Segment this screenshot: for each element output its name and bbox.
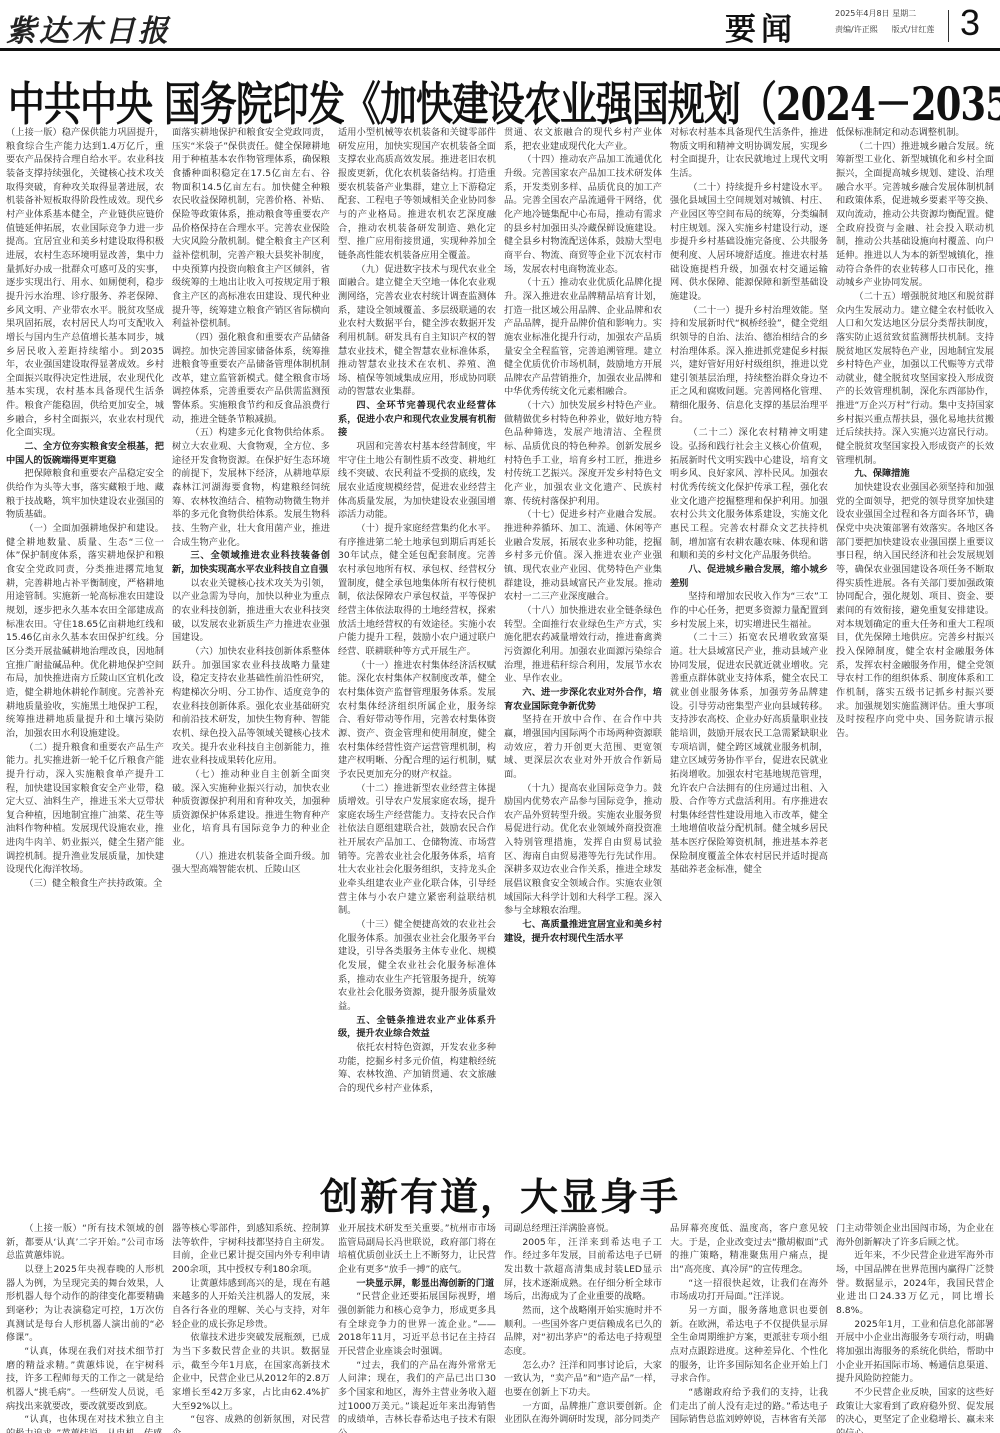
paragraph: 2005年，汪洋来到希达电子工作。经过多年发展，目前希达电子已研发出数十款超高清… <box>504 1236 662 1304</box>
paragraph: 巩固和完善农村基本经营制度，牢牢守住土地公有制性质不改变、耕地红线不突破、农民利… <box>338 440 496 522</box>
paragraph: （二十三）拓宽农民增收致富渠道。壮大县域富民产业，推动县域产业协同发展，促进农民… <box>670 631 828 877</box>
page-number: 3 <box>960 2 980 44</box>
section-heading: 二、全方位夯实粮食安全根基，把中国人的饭碗端得更牢更稳 <box>6 440 164 467</box>
newspaper-logo: 紫达木日报 <box>6 6 171 50</box>
article-2-body: （上接一版）“所有技术领域的创新，都要从‘认真’二字开始。”公司市场总监黄蕙炜说… <box>2 1222 998 1433</box>
text-column: 业开展技术研发至关重要。”杭州市市场监管局副局长冯世联说，政府部门将在培植优质创… <box>334 1222 500 1433</box>
paragraph: （二）提升粮食和重要农产品生产能力。扎实推进新一轮千亿斤粮食产能提升行动，深入实… <box>6 741 164 878</box>
paragraph: “认真，也体现在对技术独立自主的极力追求。”黄蕙炜说，从电机、传感 <box>6 1413 164 1433</box>
paragraph: 司副总经理汪洋满脸喜悦。 <box>504 1222 662 1236</box>
paragraph: （十一）推进农村集体经济活权赋能。深化农村集体产权制度改革，健全农村集体资产监督… <box>338 659 496 782</box>
paragraph: （十七）促进乡村产业融合发展。推进种养循环、加工、流通、休闲等产业融合发展，拓展… <box>504 508 662 604</box>
section-heading: 一块显示屏，彰显出海创新的门道 <box>338 1277 496 1291</box>
section-heading: 六、进一步深化农业对外合作，培育农业国际竞争新优势 <box>504 686 662 713</box>
paragraph: 业开展技术研发至关重要。”杭州市市场监管局副局长冯世联说，政府部门将在培植优质创… <box>338 1222 496 1277</box>
paragraph: 对标农村基本具备现代生活条件，推进物质文明和精神文明协调发展，实现乡村全面提升，… <box>670 126 828 181</box>
paragraph: （五）构建多元化食物供给体系。树立大农业观、大食物观，全方位、多途径开发食物资源… <box>172 426 330 549</box>
paragraph: 一方面，品牌推广意识要创新。企业团队在海外调研时发现，部分同类产 <box>504 1400 662 1427</box>
editor-credit: 责编/许正熙 <box>835 25 878 34</box>
credits: 责编/许正熙版式/甘红莲 <box>835 22 948 38</box>
text-column: 门主动带领企业出国闯市场，为企业在海外创新解决了许多后顾之忧。近年来，不少民营企… <box>832 1222 998 1433</box>
page-number-divider <box>948 10 949 42</box>
section-heading: 八、促进城乡融合发展，缩小城乡差别 <box>670 563 828 590</box>
paragraph: （二十五）增强脱贫地区和脱贫群众内生发展动力。建立健全农村低收入人口和欠发达地区… <box>836 290 994 468</box>
paragraph: 坚持和增加农民收入作为“三农”工作的中心任务，把更多资源力量配置到乡村发展上来，… <box>670 590 828 631</box>
paragraph: （二十）持续提升乡村建设水平。强化县域国土空间规划对城镇、村庄、产业园区等空间布… <box>670 181 828 304</box>
paragraph: （十五）推动农业优质化品牌化提升。深入推进农业品牌精品培育计划，打造一批区域公用… <box>504 276 662 399</box>
paragraph: （二十四）推进城乡融合发展。统筹新型工业化、新型城镇化和乡村全面振兴，全面提高城… <box>836 140 994 290</box>
paragraph: 2025年1月，工业和信息化部部署开展中小企业出海服务专项行动，明确将加强出海服… <box>836 1318 994 1386</box>
text-column: （上接一版）“所有技术领域的创新，都要从‘认真’二字开始。”公司市场总监黄蕙炜说… <box>2 1222 168 1433</box>
paragraph: 依靠技术进步突破发展瓶颈，已成为当下多数民营企业的共识。数据显示，截至今年1月底… <box>172 1331 330 1413</box>
text-column: 贯通、农文旅融合的现代乡村产业体系，把农业建成现代化大产业。（十四）推动农产品加… <box>500 126 666 1144</box>
issue-meta: 2025年4月8日 星期二 责编/许正熙版式/甘红莲 <box>835 6 948 38</box>
paragraph: 把保障粮食和重要农产品稳定安全供给作为头等大事，落实藏粮于地、藏粮于技战略，筑牢… <box>6 467 164 522</box>
paragraph: （七）推动种业自主创新全面突破。深入实施种业振兴行动，加快农业种质资源保护利用和… <box>172 768 330 850</box>
paragraph: （一）全面加强耕地保护和建设。健全耕地数量、质量、生态“三位一体”保护制度体系，… <box>6 522 164 741</box>
section-heading: 四、全环节完善现代农业经营体系，促进小农户和现代农业发展有机衔接 <box>338 399 496 440</box>
paragraph: （十六）加快发展乡村特色产业。做精做优乡村特色种养业，做好地方特色品种筛选，发展… <box>504 399 662 508</box>
paragraph: （十二）推进新型农业经营主体提质增效。引导农户发展家庭农场，提升家庭农场生产经营… <box>338 782 496 919</box>
paragraph: 面落实耕地保护和粮食安全党政同责，压实“米袋子”保供责任。健全保障耕地用于种植基… <box>172 126 330 331</box>
paragraph: （三）健全粮食生产扶持政策。全 <box>6 877 164 891</box>
paragraph: “包容、成熟的创新氛围，对民营企 <box>172 1413 330 1433</box>
paragraph: 加快建设农业强国必须坚持和加强党的全面领导，把党的领导贯穿加快建设农业强国全过程… <box>836 481 994 740</box>
text-column: 器等核心零部件，到感知系统、控制算法等软件，宇树科技都坚持自主研发。目前，企业已… <box>168 1222 334 1433</box>
paragraph: 品屏幕亮度低、温度高，客户意见较大。于是，企业改变过去“撒胡椒面”式的推广策略，… <box>670 1222 828 1277</box>
paragraph: 以登上2025年央视春晚的人形机器人为例，为呈现完美的舞台效果，人形机器人每个动… <box>6 1263 164 1345</box>
paragraph: （四）强化粮食和重要农产品储备调控。加快完善国家储备体系，统筹推进粮食等重要农产… <box>172 331 330 427</box>
text-column: 面落实耕地保护和粮食安全党政同责，压实“米袋子”保供责任。健全保障耕地用于种植基… <box>168 126 334 1144</box>
text-column: 低保标准制定和动态调整机制。（二十四）推进城乡融合发展。统筹新型工业化、新型城镇… <box>832 126 998 1144</box>
main-headline: 中共中央 国务院印发《加快建设农业强国规划（2024－2035年）》 <box>8 66 998 134</box>
paragraph: 然而，这个战略刚开始实施时并不顺利。一些国外客户更信赖成名已久的品牌，对“初出茅… <box>504 1304 662 1359</box>
paragraph: （八）推进农机装备全面升级。加强大型高端智能农机、丘陵山区 <box>172 850 330 877</box>
section-heading: 三、全领域推进农业科技装备创新，加快实现高水平农业科技自立自强 <box>172 549 330 576</box>
paragraph: （九）促进数字技术与现代农业全面融合。建立健全天空地一体化农业观测网络，完善农业… <box>338 263 496 400</box>
section-heading: 九、保障措施 <box>836 467 994 481</box>
paragraph: （十三）健全便捷高效的农业社会化服务体系。加强农业社会化服务平台建设，引导各类服… <box>338 918 496 1014</box>
section-name: 要闻 <box>725 4 797 49</box>
paragraph: （十）提升家庭经营集约化水平。有序推进第二轮土地承包到期后再延长30年试点，健全… <box>338 522 496 659</box>
secondary-headline: 创新有道，大显身手 <box>0 1166 1000 1221</box>
paragraph: “过去，我们的产品在海外常常无人问津；现在，我们的产品已出口30多个国家和地区，… <box>338 1359 496 1433</box>
paragraph: “认真，体现在我们对技术细节打磨的精益求精。”黄蕙炜说，在宇树科技，许多工程师每… <box>6 1345 164 1413</box>
issue-date: 2025年4月8日 星期二 <box>835 6 948 22</box>
text-column: （上接一版）稳产保供能力巩固提升，粮食综合生产能力达到1.4万亿斤，重要农产品保… <box>2 126 168 1144</box>
paragraph: “民营企业还要拓展国际视野，增强创新能力和核心竞争力，形成更多具有全球竞争力的世… <box>338 1290 496 1358</box>
paragraph: 不少民营企业反映，国家的这些好政策让大家看到了政府稳外贸、促发展的决心，更坚定了… <box>836 1386 994 1433</box>
paragraph: 门主动带领企业出国闯市场，为企业在海外创新解决了许多后顾之忧。 <box>836 1222 994 1249</box>
paragraph: “感谢政府给予我们的支持，让我们走出了前人没有走过的路。”希达电子国际销售总监刘… <box>670 1386 828 1427</box>
paragraph: 近年来，不少民营企业进军海外市场，中国品牌在世界范围内赢得广泛赞誉。数据显示，2… <box>836 1249 994 1317</box>
paragraph: 贯通、农文旅融合的现代乡村产业体系，把农业建成现代化大产业。 <box>504 126 662 153</box>
designer-credit: 版式/甘红莲 <box>892 25 935 34</box>
paragraph: （上接一版）稳产保供能力巩固提升，粮食综合生产能力达到1.4万亿斤，重要农产品保… <box>6 126 164 440</box>
text-column: 品屏幕亮度低、温度高，客户意见较大。于是，企业改变过去“撒胡椒面”式的推广策略，… <box>666 1222 832 1433</box>
text-column: 司副总经理汪洋满脸喜悦。2005年，汪洋来到希达电子工作。经过多年发展，目前希达… <box>500 1222 666 1433</box>
paragraph: 坚持在开放中合作、在合作中共赢，增强国内国际两个市场两种资源联动效应，着力开创更… <box>504 713 662 781</box>
paragraph: （二十二）深化农村精神文明建设。弘扬和践行社会主义核心价值观，拓展新时代文明实践… <box>670 426 828 563</box>
text-column: 适用小型机械等农机装备和关键零部件研发应用，加快实现国产农机装备全面支撑农业高质… <box>334 126 500 1144</box>
paragraph: （十九）提高农业国际竞争力。鼓励国内优势农产品参与国际竞争，推动农产品外贸转型升… <box>504 782 662 919</box>
paragraph: （六）加快农业科技创新体系整体跃升。加强国家农业科技战略力量建设，稳定支持农业基… <box>172 645 330 768</box>
paragraph: 另一方面，服务落地意识也要创新。在欧洲，希达电子不仅提供显示屏全生命周期维护方案… <box>670 1304 828 1386</box>
paragraph: 器等核心零部件，到感知系统、控制算法等软件，宇树科技都坚持自主研发。目前，企业已… <box>172 1222 330 1277</box>
masthead: 紫达木日报 要闻 2025年4月8日 星期二 责编/许正熙版式/甘红莲 3 <box>0 0 1000 51</box>
paragraph: 依托农村特色资源，开发农业多种功能，挖掘乡村多元价值，构建粮经统筹、农林牧渔、产… <box>338 1041 496 1096</box>
paragraph: 让黄蕙炜感到高兴的是，现在有越来越多的人开始关注机器人的发展，来自各行各业的理解… <box>172 1277 330 1332</box>
paragraph: “这一招很快起效，让我们在海外市场成功打开局面。”汪洋说。 <box>670 1277 828 1304</box>
section-heading: 七、高质量推进宜居宜业和美乡村建设，提升农村现代生活水平 <box>504 918 662 945</box>
paragraph: （上接一版）“所有技术领域的创新，都要从‘认真’二字开始。”公司市场总监黄蕙炜说… <box>6 1222 164 1263</box>
paragraph: （十八）加快推进农业全链条绿色转型。全面推行农业绿色生产方式，实施化肥农药减量增… <box>504 604 662 686</box>
paragraph: （十四）推动农产品加工流通优化升级。完善国家农产品加工技术研发体系，开发类别多样… <box>504 153 662 276</box>
text-column: 对标农村基本具备现代生活条件，推进物质文明和精神文明协调发展，实现乡村全面提升，… <box>666 126 832 1144</box>
paragraph: 以农业关键核心技术攻关为引领，以产业急需为导向，加快以种业为重点的农业科技创新，… <box>172 577 330 645</box>
paragraph: （二十一）提升乡村治理效能。坚持和发展新时代“枫桥经验”，健全党组织领导的自治、… <box>670 304 828 427</box>
section-heading: 五、全链条推进农业产业体系升级，提升农业综合效益 <box>338 1014 496 1041</box>
article-1-body: （上接一版）稳产保供能力巩固提升，粮食综合生产能力达到1.4万亿斤，重要农产品保… <box>2 126 998 1144</box>
paragraph: 低保标准制定和动态调整机制。 <box>836 126 994 140</box>
paragraph: 适用小型机械等农机装备和关键零部件研发应用，加快实现国产农机装备全面支撑农业高质… <box>338 126 496 263</box>
paragraph: 怎么办？汪洋和同事讨论后，大家一致认为，“卖产品”和“造产品”一样，也要在创新上… <box>504 1359 662 1400</box>
